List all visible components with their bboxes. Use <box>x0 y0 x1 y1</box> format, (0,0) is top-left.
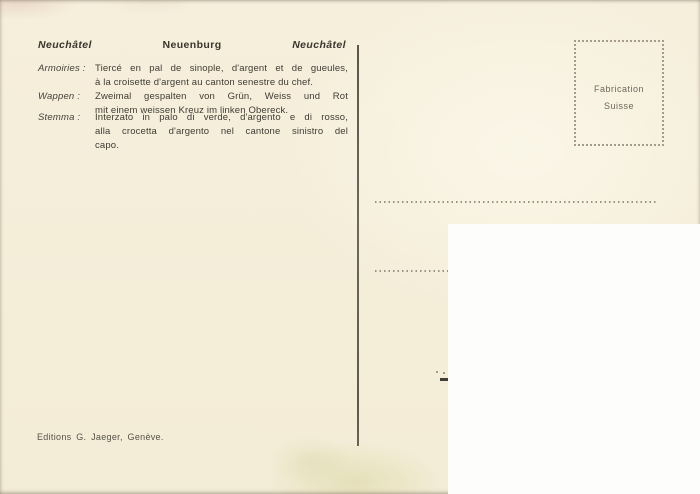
ink-speck <box>443 372 445 374</box>
stamp-box-text-line1: Fabrication <box>594 84 644 94</box>
address-dotted-line-2 <box>375 270 448 272</box>
header-title-french-right: Neuchâtel <box>292 39 346 51</box>
entry-armoiries-label: Armoiries : <box>38 62 95 90</box>
header-title-german: Neuenburg <box>162 39 221 51</box>
entry-stemma-label: Stemma : <box>38 111 95 153</box>
publisher-imprint: Editions G. Jaeger, Genève. <box>37 432 164 442</box>
divider-line <box>357 45 359 446</box>
stamp-box-text-line2: Suisse <box>604 101 634 111</box>
entry-stemma-text: Interzato in palo di verde, d'argento e … <box>95 111 348 153</box>
white-patch-overlay <box>448 224 700 494</box>
ink-speck <box>436 371 438 373</box>
stamp-box: Fabrication Suisse <box>574 40 664 146</box>
header-row: Neuchâtel Neuenburg Neuchâtel <box>38 39 346 51</box>
entry-stemma: Stemma : Interzato in palo di verde, d'a… <box>38 111 348 153</box>
entry-armoiries-text: Tiercé en pal de sinople, d'argent et de… <box>95 62 348 90</box>
postcard-back: Neuchâtel Neuenburg Neuchâtel Armoiries … <box>0 0 700 494</box>
header-title-french-left: Neuchâtel <box>38 39 92 51</box>
address-dotted-line-1 <box>375 201 656 203</box>
entry-armoiries: Armoiries : Tiercé en pal de sinople, d'… <box>38 62 348 90</box>
